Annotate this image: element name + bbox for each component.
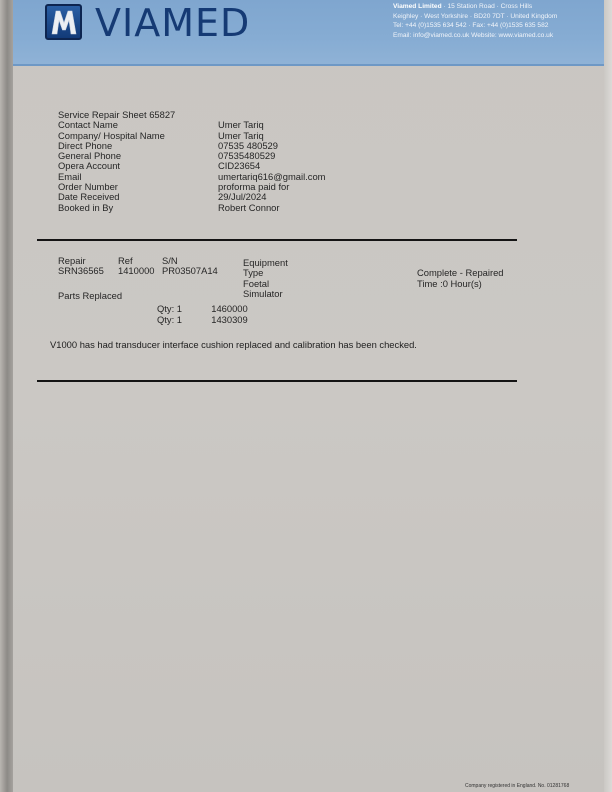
ref-value: 1410000 [118, 266, 155, 276]
sheet-details: Service Repair Sheet 65827 Contact Name … [58, 110, 325, 213]
part-qty: Qty: 1 [157, 303, 182, 314]
part-row: Qty: 1 1430309 [157, 314, 248, 325]
page-edge-right [604, 0, 612, 792]
contact-line: Tel: +44 (0)1535 634 542 · Fax: +44 (0)1… [393, 21, 612, 31]
field-label: Opera Account [58, 161, 218, 171]
part-code: 1430309 [211, 314, 248, 325]
equipment-type-value: Foetal Simulator [243, 279, 288, 300]
parts-replaced-label: Parts Replaced [58, 290, 122, 301]
divider [37, 239, 517, 241]
repair-status: Complete - Repaired Time :0 Hour(s) [417, 268, 504, 290]
field-value: Robert Connor [218, 203, 280, 213]
field-row: Booked in By Robert Connor [58, 203, 325, 213]
field-label: Booked in By [58, 203, 218, 213]
viamed-logo-icon [45, 4, 82, 40]
equipment-type-header: Equipment Type [243, 258, 288, 279]
ref-column: Ref 1410000 [118, 256, 155, 277]
time-text: Time :0 Hour(s) [417, 279, 504, 290]
repair-column: Repair SRN36565 [58, 256, 104, 277]
sn-column: S/N PR03507A14 [162, 256, 218, 277]
company-name: Viamed Limited [393, 3, 442, 10]
letterhead: VIAMED Viamed Limited · 15 Station Road … [13, 0, 604, 66]
sn-value: PR03507A14 [162, 266, 218, 276]
repair-notes: V1000 has had transducer interface cushi… [50, 339, 417, 350]
address-line-2: Keighley · West Yorkshire · BD20 7DT · U… [393, 12, 612, 22]
part-qty: Qty: 1 [157, 314, 182, 325]
company-registration: Company registered in England. No. 01281… [465, 783, 569, 789]
divider [37, 380, 517, 382]
part-code: 1460000 [211, 303, 248, 314]
address-line-1: · 15 Station Road · Cross Hills [442, 3, 533, 10]
brand-name: VIAMED [95, 1, 250, 45]
part-row: Qty: 1 1460000 [157, 303, 248, 314]
equipment-type-column: Equipment Type Foetal Simulator [243, 258, 288, 299]
company-address: Viamed Limited · 15 Station Road · Cross… [393, 2, 612, 40]
repair-value: SRN36565 [58, 266, 104, 276]
web-line: Email: info@viamed.co.uk Website: www.vi… [393, 31, 612, 41]
page-edge-shadow [0, 0, 13, 792]
